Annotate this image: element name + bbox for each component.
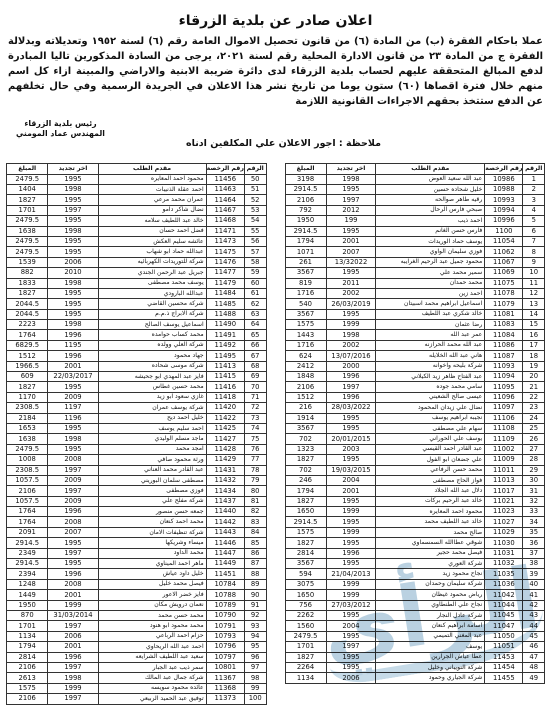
table-cell: 1997 [48,465,98,475]
table-cell: 4 [523,205,545,215]
table-cell: 11096 [485,392,523,402]
table-cell: 11373 [206,694,244,704]
table-cell: 216 [285,403,326,413]
table-cell: 17 [523,340,545,350]
table-cell: 10784 [206,579,244,589]
table-cell: 3075 [285,579,326,589]
table-cell: فوزي سليمان الواوي [376,247,485,257]
table-cell: احمد سليم يوسف [98,423,206,433]
table-cell: 1999 [326,590,376,600]
table-cell: 39 [523,569,545,579]
table-cell: 10791 [206,621,244,631]
table-cell: 1995 [326,455,376,465]
table-cell: خليل شحاده حسين [376,184,485,194]
table-cell: 2479.5 [7,236,48,246]
column-header: رقم الرخصة [206,164,244,175]
table-row: 6711495جهاد محمود19961512 [7,351,267,361]
table-cell: 594 [285,569,326,579]
table-cell: 11013 [485,475,523,485]
table-cell: 10988 [485,184,523,194]
table-cell: 59 [244,268,266,278]
table-row: 3711031فيصل محمد حجير19962814 [285,548,545,558]
table-cell: 1997 [48,694,98,704]
table-cell: 1995 [48,444,98,454]
table-cell: 11030 [485,538,523,548]
table-cell: 48 [523,662,545,672]
table-cell: خليل احمد ديح [98,413,206,423]
table-header-row: الرقمرقم الرخصةمقدم الطلباخر تجديدالمبلغ [7,164,267,175]
table-cell: 9 [523,257,545,267]
table-cell: رضا عثمان [376,320,485,330]
table-cell: 1998 [48,320,98,330]
signature-name: المهندس عماد المومني [16,129,105,139]
table-cell: 11011 [485,465,523,475]
table-cell: 702 [285,434,326,444]
table-cell: فواز الحاج مصطفى [376,475,485,485]
table-cell: 11463 [206,184,244,194]
table-cell: 1995 [48,309,98,319]
table-cell: شركة مفلح علي [98,496,206,506]
table-cell: 11477 [206,268,244,278]
table-cell: 97 [244,662,266,672]
table-cell: 3567 [285,309,326,319]
table-row: 8111437شركة مفلح علي20091057.5 [7,496,267,506]
table-cell: 1701 [285,642,326,652]
table-cell: 1443 [285,330,326,340]
table-cell: 42 [523,600,545,610]
table-cell: 90 [244,590,266,600]
table-cell: 11455 [485,673,523,683]
table-cell: 1008 [7,455,48,465]
table-cell: 2479.5 [7,444,48,454]
table-cell: 2004 [326,621,376,631]
table-cell: ماهر احمد الميناوي [98,559,206,569]
table-cell: 49 [523,673,545,683]
table-cell: 2001 [48,642,98,652]
table-cell: 10789 [206,600,244,610]
table-cell: محمود احمد المعايره [376,507,485,517]
table-cell: 44 [523,621,545,631]
table-cell: سعيد عبد اللطيف الشرايعه [98,652,206,662]
table-cell: 12 [523,288,545,298]
table-cell: 11083 [485,320,523,330]
table-cell: عبد الله محمد الحرازنه [376,340,485,350]
table-cell: 2006 [48,257,98,267]
table-cell: خالد شكري عبد اللطيف [376,309,485,319]
table-cell: 72 [244,403,266,413]
table-cell: شركة تنظيفات الامان [98,527,206,537]
table-cell: 1827 [285,538,326,548]
table-cell: 70 [244,382,266,392]
table-cell: شركة الجياري وحمود [376,673,485,683]
table-cell: شوقي عطاالله السمسماوي [376,538,485,548]
table-cell: 10788 [206,590,244,600]
table-cell: 1134 [7,631,48,641]
table-row: 8411443شركة تنظيفات الامان20072091 [7,527,267,537]
table-cell: 11428 [206,444,244,454]
table-row: 7111418غازي سعود ابو زيد20091170 [7,392,267,402]
table-cell: 28/03/2022 [326,403,376,413]
table-cell: عبد القادر محمد العناني [98,465,206,475]
table-cell: 11492 [206,340,244,350]
table-row: 10011373توفيق عبد الحميد الربيعي19972106 [7,694,267,704]
table-cell: 10797 [206,652,244,662]
table-cell: 1950 [285,216,326,226]
table-cell: 25 [523,423,545,433]
table-row: 4411047اسامة ابراهيم كنعان20041560 [285,621,545,631]
table-cell: 3567 [285,559,326,569]
table-row: 911067محمود جميل عبد الرحيم الغرايبه13/3… [285,257,545,267]
table-row: 3111017دلال عبد الله الجلاد20011794 [285,486,545,496]
table-cell: 35 [523,527,545,537]
table-row: 6511491محمد كساب حوامده19961764 [7,330,267,340]
table-row: 2411106نجيبه ابراهيم يوسف19951914 [285,413,545,423]
table-cell: 2814 [285,548,326,558]
table-cell: 11087 [485,351,523,361]
table-row: 7811431عبد القادر محمد العناني19972308.5 [7,465,267,475]
table-cell: 89 [244,579,266,589]
table-cell: 11432 [206,475,244,485]
table-cell: عيسى صالح الشعيني [376,392,485,402]
table-row: 4211044نجاح علي الطنطاوي27/03/2012756 [285,600,545,610]
table-row: 8711449ماهر احمد الميناوي19952914.5 [7,559,267,569]
table-cell: 11002 [485,444,523,454]
table-cell: 1827 [7,288,48,298]
table-cell: 22 [523,392,545,402]
table-cell: 11418 [206,392,244,402]
table-cell: 15 [523,320,545,330]
table-cell: احمد ذيب [376,216,485,226]
table-cell: 11447 [206,548,244,558]
table-cell: 11427 [206,434,244,444]
table-cell: 1995 [48,382,98,392]
table-cell: 2012 [326,205,376,215]
table-row: 9610797سعيد عبد اللطيف الشرايعه19962814 [7,652,267,662]
table-row: 2711002عبد القادر احمد القيسي20031323 [285,444,545,454]
table-cell: 2000 [326,361,376,371]
table-cell: 540 [285,299,326,309]
table-cell: 27/03/2012 [326,600,376,610]
table-cell: 1997 [48,205,98,215]
table-cell: 1248 [7,579,48,589]
table-cell: 62 [244,299,266,309]
table-cell: 11443 [206,527,244,537]
table-cell: 53 [244,205,266,215]
table-cell: 11446 [206,538,244,548]
table-row: 9510796احمد عبد الله الريحاوي20011794 [7,642,267,652]
table-cell: 11415 [206,372,244,382]
table-cell: 10796 [206,642,244,652]
table-cell: 2007 [326,247,376,257]
table-cell: 1998 [326,174,376,184]
table-cell: محمد الداود [98,548,206,558]
table-cell: 2613 [7,673,48,683]
table-cell: 2009 [48,496,98,506]
table-cell: 1995 [48,559,98,569]
table-row: 1511083رضا عثمان19991575 [285,320,545,330]
table-cell: شركة جمال عبد المالك [98,673,206,683]
table-cell: 1716 [285,340,326,350]
table-cell: 11079 [485,299,523,309]
table-cell: 1997 [326,195,376,205]
table-cell: 11027 [485,517,523,527]
table-cell: 11035 [485,569,523,579]
table-cell: 2006 [326,673,376,683]
table-row: 4511050عبد المغني التميمي19952479.5 [285,631,545,641]
table-cell: 67 [244,351,266,361]
table-cell: 1997 [48,548,98,558]
table-cell: سامي محمد جوده [376,382,485,392]
table-cell: 2010 [48,268,98,278]
table-cell: 11454 [485,662,523,672]
table-cell: 2914.5 [285,226,326,236]
table-cell: 1995 [326,631,376,641]
table-cell: 1848 [285,372,326,382]
table-row: 6111484عبدالله البارودي19951827 [7,288,267,298]
table-cell: 1998 [48,278,98,288]
table-cell: 50 [244,174,266,184]
table-cell: 11050 [485,631,523,641]
table-cell: 2262 [285,611,326,621]
table-row: 1011069سمير محمد علي19953567 [285,268,545,278]
table-cell: 11449 [206,559,244,569]
table-cell: 2914.5 [285,517,326,527]
table-cell: 38 [523,559,545,569]
table-cell: 1995 [326,538,376,548]
table-cell: 11422 [206,413,244,423]
table-cell: 56 [244,236,266,246]
table-cell: 11437 [206,496,244,506]
table-cell: 11479 [206,278,244,288]
table-cell: 11069 [485,268,523,278]
table-cell: 1794 [285,486,326,496]
table-cell: 57 [244,247,266,257]
table-cell: 2007 [48,527,98,537]
table-cell: 11093 [485,361,523,371]
table-row: 2611109يوسف علي الحوراني20/01/2015702 [285,434,545,444]
table-cell: محمد حمدان [376,278,485,288]
table-cell: 43 [523,611,545,621]
table-cell: نضال علي زيدان المحمود [376,403,485,413]
table-cell: 96 [244,652,266,662]
table-cell: 2106 [285,195,326,205]
column-header: اخر تجديد [48,164,98,175]
table-cell: 11456 [206,174,244,184]
table-cell: يوسف محمد مصطفى [98,278,206,288]
table-cell: 11067 [485,257,523,267]
table-cell: 10793 [206,631,244,641]
table-cell: 1995 [326,517,376,527]
table-cell: 26 [523,434,545,444]
table-cell: 11075 [485,278,523,288]
table-cell: 73 [244,413,266,423]
table-row: 2911011محمد حسن الرفاعي19/03/2015702 [285,465,545,475]
table-cell: سمر ذيب عبد الجبار [98,662,206,672]
table-cell: 1999 [326,507,376,517]
table-cell: 27 [523,444,545,454]
table-cell: 31 [523,486,545,496]
table-cell: 11081 [485,309,523,319]
table-cell: 1170 [7,392,48,402]
table-row: 7311422خليل احمد ديح11962184 [7,413,267,423]
table-cell: 11495 [206,351,244,361]
table-cell: 78 [244,465,266,475]
table-cell: 13 [523,299,545,309]
table-cell: 11047 [485,621,523,631]
legal-text: عملا باحكام الفقرة (ب) من المادة (٦) من … [8,34,543,109]
licenses-table-rows-1-49: الرقمرقم الرخصةمقدم الطلباخر تجديدالمبلغ… [285,163,546,684]
table-cell: 870 [7,611,48,621]
table-cell: 2006 [48,631,98,641]
table-cell: 1794 [285,236,326,246]
table-cell: 1827 [285,455,326,465]
table-cell: محمد كساب حوامده [98,330,206,340]
table-cell: صبحي فارس الرحال [376,205,485,215]
table-cell: 2001 [326,236,376,246]
table-cell: 13/32022 [326,257,376,267]
table-cell: 2008 [48,455,98,465]
table-cell: 1999 [48,683,98,693]
table-cell: 1575 [285,527,326,537]
table-cell: محمد حسن الرفاعي [376,465,485,475]
table-row: 8511446ميساء وشريكها19952914.5 [7,538,267,548]
table-row: 2111095سامي محمد جوده19972106 [285,382,545,392]
table-cell: 11485 [206,299,244,309]
table-cell: 2264 [285,662,326,672]
table-cell: 2011 [326,278,376,288]
table-cell: 1995 [326,652,376,662]
licenses-table-rows-50-100: الرقمرقم الرخصةمقدم الطلباخر تجديدالمبلغ… [6,163,267,705]
table-cell: 1995 [48,236,98,246]
table-row: 9911368عائده محمود سويسه19991575 [7,683,267,693]
table-cell: 21/04/2013 [326,569,376,579]
table-cell: 11416 [206,382,244,392]
table-cell: 11429 [206,455,244,465]
table-cell: 2009 [48,475,98,485]
table-cell: 28 [523,455,545,465]
table-cell: 2044.5 [7,299,48,309]
table-cell: 1196 [48,413,98,423]
table-cell: 82 [244,507,266,517]
table-cell: 2001 [326,486,376,496]
table-cell: 1833 [7,278,48,288]
table-cell: 10993 [485,195,523,205]
table-cell: 85 [244,538,266,548]
table-row: 9410793حزام احمد الرباعي20061134 [7,631,267,641]
table-cell: 11488 [206,309,244,319]
table-cell: 10986 [485,174,523,184]
table-cell: 11368 [206,683,244,693]
table-cell: 36 [523,538,545,548]
table-cell: ميساء وشريكها [98,538,206,548]
table-cell: سمير محمد علي [376,268,485,278]
table-cell: شركة للتوريدات الكهربائيه [98,257,206,267]
column-header: الرقم [244,164,266,175]
table-cell: جمعه حسن منصور [98,507,206,517]
table-cell: 1653 [7,423,48,433]
table-cell: 11009 [485,455,523,465]
table-cell: احمد عقلة الذنيبات [98,184,206,194]
table-cell: 1650 [285,590,326,600]
table-cell: 2001 [48,361,98,371]
table-cell: 2008 [48,517,98,527]
table-cell: دلال عبد الله الجلاد [376,486,485,496]
table-cell: 87 [244,559,266,569]
table-cell: 2914.5 [7,538,48,548]
table-cell: 86 [244,548,266,558]
table-cell: 80 [244,486,266,496]
table-cell: 2003 [326,444,376,454]
table-cell: محمد حسين غطاس [98,382,206,392]
table-cell: فيصل محمد خليل [98,579,206,589]
table-row: 5611473عائشه سليم العكش19952479.5 [7,236,267,246]
table-cell: 5 [523,216,545,226]
table-cell: 1995 [326,496,376,506]
table-cell: 1998 [48,226,98,236]
table-cell: خليل داود عياش [98,569,206,579]
table-cell: 2106 [7,694,48,704]
table-cell: 792 [285,205,326,215]
table-row: 1211078احمد زين20021716 [285,288,545,298]
table-cell: 1638 [7,434,48,444]
table-cell: 11084 [485,330,523,340]
table-cell: 1996 [48,569,98,579]
table-row: 5011456محمود احمد المعايره19952479.5 [7,174,267,184]
table-cell: 1995 [326,662,376,672]
table-cell: محمد حسن محمد [98,611,206,621]
column-header: رقم الرخصة [485,164,523,175]
table-cell: 1997 [48,621,98,631]
table-cell: 1764 [7,330,48,340]
table-cell: 11434 [206,486,244,496]
table-cell: 94 [244,631,266,641]
table-row: 7011416محمد حسين غطاس19951827 [7,382,267,392]
table-cell: 1998 [48,673,98,683]
table-cell: هاني عبد الله الخلايله [376,351,485,361]
table-cell: 11051 [485,642,523,652]
table-cell: فضل احمد حسان [98,226,206,236]
table-cell: 2106 [285,382,326,392]
table-cell: 1512 [285,392,326,402]
table-cell: 2001 [48,590,98,600]
table-cell: 1057.5 [7,496,48,506]
table-cell: 1996 [326,372,376,382]
table-row: 8211440جمعه حسن منصور19961764 [7,507,267,517]
table-cell: يوسف علي الحوراني [376,434,485,444]
table-cell: 11109 [485,434,523,444]
table-cell: 1996 [48,652,98,662]
table-cell: 10 [523,268,545,278]
table-cell: 1998 [326,330,376,340]
table-cell: جهاد محمود [98,351,206,361]
table-cell: فيصل محمد حجير [376,548,485,558]
table-cell: 11464 [206,195,244,205]
table-cell: 66 [244,340,266,350]
table-cell: فايز خضر الاعور [98,590,206,600]
table-cell: 2349 [7,548,48,558]
table-cell: 11490 [206,320,244,330]
table-cell: عائشه سليم العكش [98,236,206,246]
table-cell: 61 [244,288,266,298]
table-cell: 1701 [7,621,48,631]
table-cell: 11468 [206,216,244,226]
table-cell: 99 [244,683,266,693]
table-row: 1911093شركة بليحه واخوانه20002412 [285,361,545,371]
table-cell: 1539 [7,257,48,267]
table-cell: 60 [244,278,266,288]
table-cell: 1404 [7,184,48,194]
table-row: 6211485شركة محسين القاضي19952044.5 [7,299,267,309]
